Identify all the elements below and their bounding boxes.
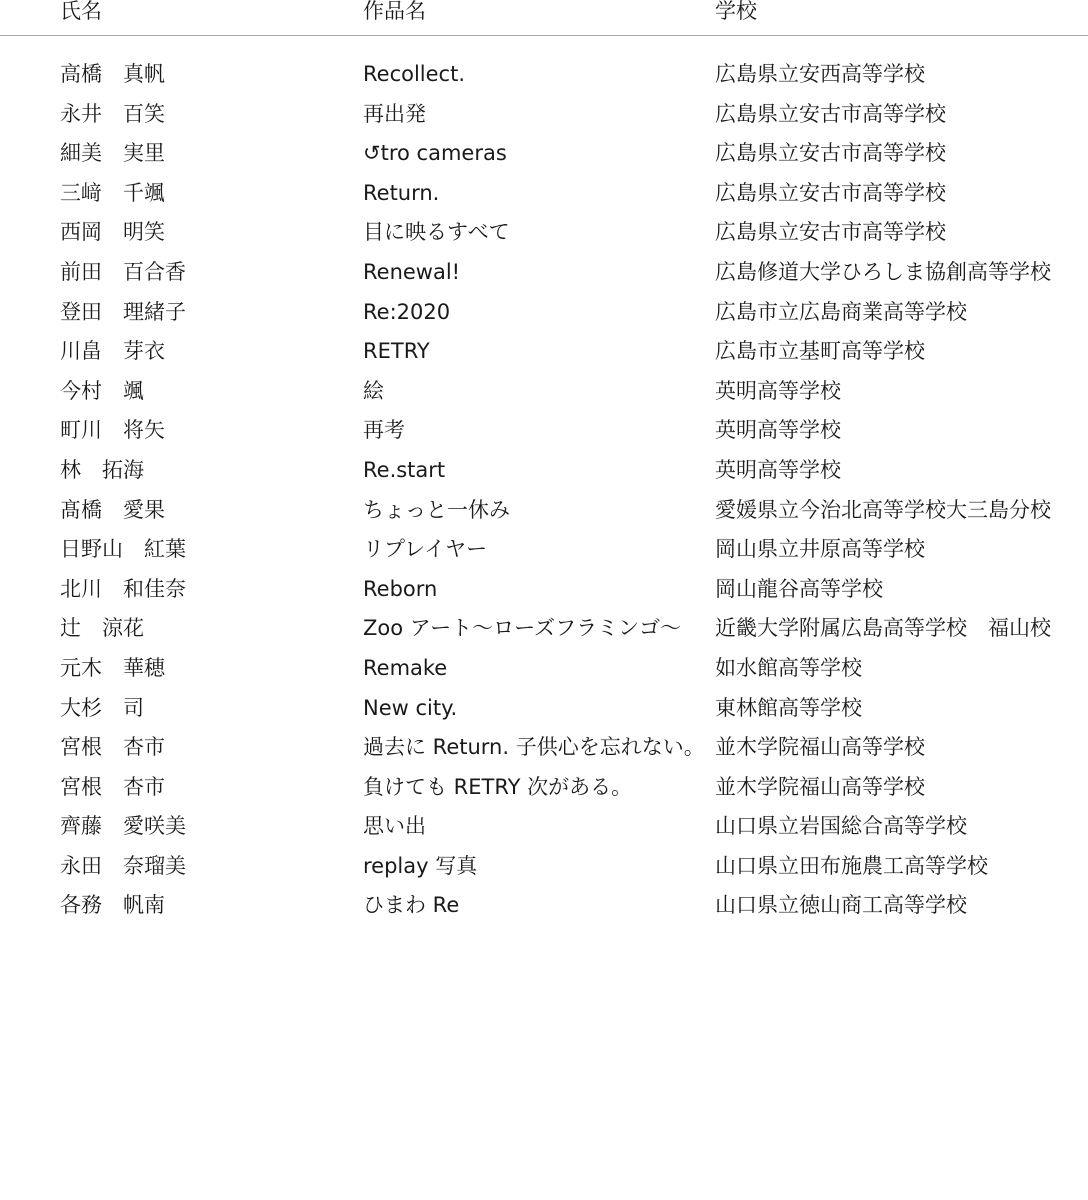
cell-school: 英明高等学校: [715, 415, 841, 445]
cell-school: 英明高等学校: [715, 455, 841, 485]
cell-work: Reborn: [363, 574, 437, 604]
cell-name: 日野山 紅葉: [60, 534, 186, 564]
header-work: 作品名: [363, 0, 426, 25]
cell-school: 山口県立田布施農工高等学校: [715, 851, 988, 881]
cell-work: New city.: [363, 693, 457, 723]
cell-name: 宮根 杏市: [60, 732, 165, 762]
cell-name: 町川 将矢: [60, 415, 165, 445]
cell-name: 各務 帆南: [60, 890, 165, 920]
table-row: 元木 華穂Remake如水館高等学校: [0, 649, 1088, 689]
cell-school: 並木学院福山高等学校: [715, 732, 925, 762]
table-row: 大杉 司New city.東林館高等学校: [0, 689, 1088, 729]
table-row: 髙橋 愛果ちょっと一休み愛媛県立今治北高等学校大三島分校: [0, 491, 1088, 531]
cell-work: Recollect.: [363, 59, 465, 89]
table-row: 高橋 真帆Recollect.広島県立安西高等学校: [0, 55, 1088, 95]
cell-work: Renewal!: [363, 257, 460, 287]
table-row: 西岡 明笑目に映るすべて広島県立安古市高等学校: [0, 213, 1088, 253]
table-row: 宮根 杏市過去に Return. 子供心を忘れない。並木学院福山高等学校: [0, 728, 1088, 768]
table-row: 齊藤 愛咲美思い出山口県立岩国総合高等学校: [0, 807, 1088, 847]
cell-school: 広島市立広島商業高等学校: [715, 297, 967, 327]
table-row: 登田 理緒子Re:2020広島市立広島商業高等学校: [0, 293, 1088, 333]
cell-work: Zoo アート～ローズフラミンゴ～: [363, 613, 681, 643]
cell-work: RETRY: [363, 336, 430, 366]
cell-school: 山口県立徳山商工高等学校: [715, 890, 967, 920]
cell-work: ひまわ Re: [363, 890, 459, 920]
cell-work: リプレイヤー: [363, 534, 487, 564]
cell-name: 西岡 明笑: [60, 217, 165, 247]
table-row: 辻 涼花Zoo アート～ローズフラミンゴ～近畿大学附属広島高等学校 福山校: [0, 609, 1088, 649]
cell-work: 目に映るすべて: [363, 217, 510, 247]
cell-work: 負けても RETRY 次がある。: [363, 772, 632, 802]
cell-school: 広島県立安西高等学校: [715, 59, 925, 89]
cell-name: 北川 和佳奈: [60, 574, 186, 604]
cell-name: 永井 百笑: [60, 99, 165, 129]
cell-name: 今村 颯: [60, 376, 144, 406]
table-row: 永井 百笑再出発広島県立安古市高等学校: [0, 95, 1088, 135]
cell-school: 並木学院福山高等学校: [715, 772, 925, 802]
cell-school: 岡山県立井原高等学校: [715, 534, 925, 564]
cell-school: 東林館高等学校: [715, 693, 862, 723]
cell-school: 広島市立基町高等学校: [715, 336, 925, 366]
cell-work: 再出発: [363, 99, 426, 129]
cell-work: 再考: [363, 415, 405, 445]
cell-name: 三﨑 千颯: [60, 178, 165, 208]
cell-work: ↺tro cameras: [363, 138, 507, 168]
table-body: 高橋 真帆Recollect.広島県立安西高等学校 永井 百笑再出発広島県立安古…: [0, 55, 1088, 926]
cell-name: 齊藤 愛咲美: [60, 811, 186, 841]
cell-work: Return.: [363, 178, 439, 208]
cell-name: 川畠 芽衣: [60, 336, 165, 366]
table-row: 各務 帆南ひまわ Re山口県立徳山商工高等学校: [0, 886, 1088, 926]
cell-name: 細美 実里: [60, 138, 165, 168]
cell-school: 岡山龍谷高等学校: [715, 574, 883, 604]
cell-name: 林 拓海: [60, 455, 144, 485]
table-row: 宮根 杏市負けても RETRY 次がある。並木学院福山高等学校: [0, 768, 1088, 808]
cell-work: replay 写真: [363, 851, 477, 881]
table-row: 細美 実里↺tro cameras広島県立安古市高等学校: [0, 134, 1088, 174]
cell-school: 山口県立岩国総合高等学校: [715, 811, 967, 841]
cell-school: 近畿大学附属広島高等学校 福山校: [715, 613, 1051, 643]
cell-work: Re.start: [363, 455, 445, 485]
cell-school: 愛媛県立今治北高等学校大三島分校: [715, 495, 1051, 525]
cell-work: 過去に Return. 子供心を忘れない。: [363, 732, 705, 762]
cell-school: 広島県立安古市高等学校: [715, 217, 946, 247]
cell-name: 前田 百合香: [60, 257, 186, 287]
cell-name: 宮根 杏市: [60, 772, 165, 802]
table-row: 前田 百合香Renewal!広島修道大学ひろしま協創高等学校: [0, 253, 1088, 293]
cell-work: Re:2020: [363, 297, 450, 327]
cell-name: 辻 涼花: [60, 613, 144, 643]
cell-school: 如水館高等学校: [715, 653, 862, 683]
cell-work: ちょっと一休み: [363, 495, 510, 525]
table-row: 永田 奈瑠美replay 写真山口県立田布施農工高等学校: [0, 847, 1088, 887]
table-header: 氏名 作品名 学校: [0, 0, 1088, 36]
cell-school: 広島県立安古市高等学校: [715, 99, 946, 129]
table-row: 町川 将矢再考英明高等学校: [0, 411, 1088, 451]
cell-work: 絵: [363, 376, 384, 406]
table-row: 川畠 芽衣RETRY広島市立基町高等学校: [0, 332, 1088, 372]
cell-work: 思い出: [363, 811, 426, 841]
table-row: 北川 和佳奈Reborn岡山龍谷高等学校: [0, 570, 1088, 610]
table-row: 今村 颯絵英明高等学校: [0, 372, 1088, 412]
cell-school: 広島修道大学ひろしま協創高等学校: [715, 257, 1051, 287]
cell-school: 広島県立安古市高等学校: [715, 138, 946, 168]
cell-work: Remake: [363, 653, 447, 683]
table-row: 林 拓海Re.start英明高等学校: [0, 451, 1088, 491]
cell-school: 英明高等学校: [715, 376, 841, 406]
cell-name: 大杉 司: [60, 693, 144, 723]
table-row: 三﨑 千颯Return.広島県立安古市高等学校: [0, 174, 1088, 214]
header-name: 氏名: [60, 0, 102, 25]
header-school: 学校: [715, 0, 757, 25]
cell-name: 元木 華穂: [60, 653, 165, 683]
cell-school: 広島県立安古市高等学校: [715, 178, 946, 208]
cell-name: 登田 理緒子: [60, 297, 186, 327]
table-row: 日野山 紅葉リプレイヤー岡山県立井原高等学校: [0, 530, 1088, 570]
cell-name: 髙橋 愛果: [60, 495, 165, 525]
cell-name: 高橋 真帆: [60, 59, 165, 89]
cell-name: 永田 奈瑠美: [60, 851, 186, 881]
